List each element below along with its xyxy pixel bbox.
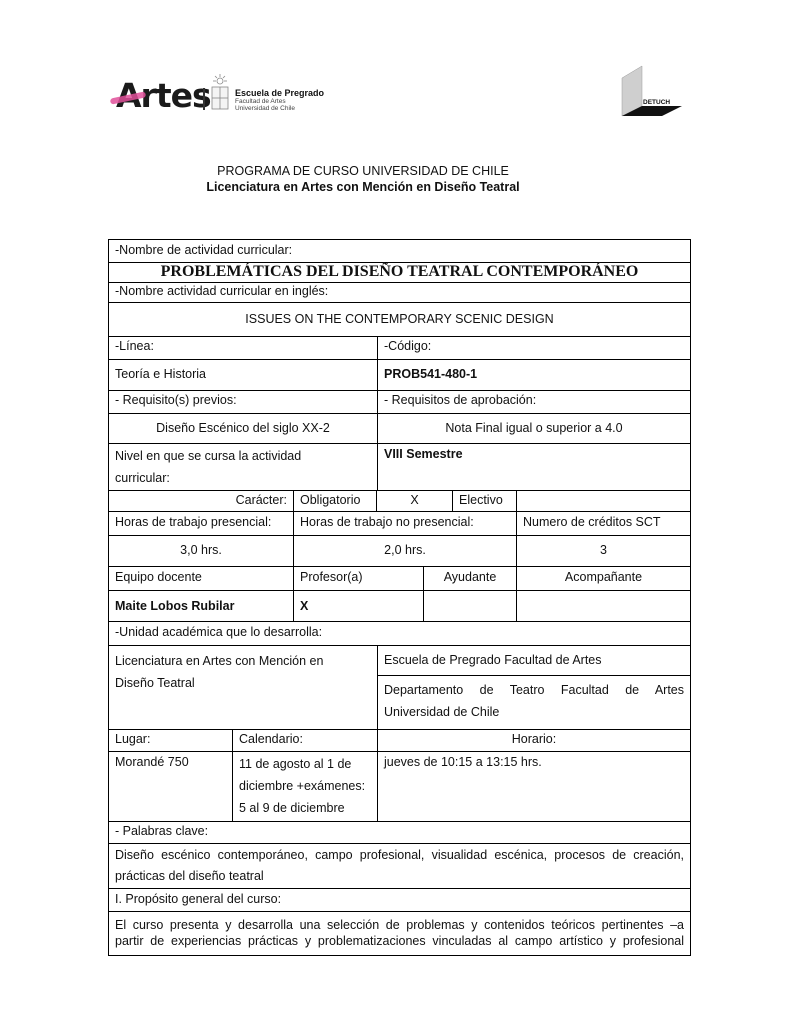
nivel-label-line2: curricular:: [115, 467, 371, 489]
equipo-label: Equipo docente: [109, 566, 293, 590]
row-name-en-label: -Nombre actividad curricular en inglés:: [109, 282, 690, 303]
program-title: Licenciatura en Artes con Mención en Dis…: [0, 180, 726, 194]
palabras-label: - Palabras clave:: [109, 821, 690, 843]
school-faculty: Facultad de Artes: [235, 98, 295, 105]
row-nivel: Nivel en que se cursa la actividad curri…: [109, 443, 690, 491]
calendario-line1: 11 de agosto al 1 de: [239, 753, 371, 775]
lugar-value: Morandé 750: [109, 751, 232, 821]
course-name-en: ISSUES ON THE CONTEMPORARY SCENIC DESIGN: [109, 302, 690, 336]
unidad-right-school: Escuela de Pregrado Facultad de Artes: [378, 645, 690, 676]
school-name: Escuela de Pregrado: [235, 88, 324, 98]
row-horas-values: 3,0 hrs. 2,0 hrs. 3: [109, 535, 690, 567]
proposito-value: El curso presenta y desarrolla una selec…: [109, 911, 690, 955]
horario-label: Horario:: [377, 729, 690, 751]
proposito-line2: partir de experiencias prácticas y probl…: [115, 933, 684, 949]
row-name-label: -Nombre de actividad curricular:: [109, 240, 690, 263]
calendario-line2: diciembre +exámenes:: [239, 775, 371, 797]
row-proposito-label: I. Propósito general del curso:: [109, 888, 690, 912]
unidad-left-line1: Licenciatura en Artes con Mención en: [115, 650, 371, 672]
row-caracter: Carácter: Obligatorio X Electivo: [109, 490, 690, 512]
palabras-value: Diseño escénico contemporáneo, campo pro…: [109, 843, 690, 888]
nivel-label: Nivel en que se cursa la actividad curri…: [109, 443, 377, 490]
acompanante-mark: [516, 590, 690, 621]
horas-nopres-label: Horas de trabajo no presencial:: [293, 511, 516, 535]
unidad-right-dept: Departamento de Teatro Facultad de Artes…: [378, 676, 690, 723]
req-apr-label: - Requisitos de aprobación:: [377, 390, 690, 413]
electivo-checkbox[interactable]: [516, 490, 690, 511]
logo-divider: [203, 88, 205, 110]
row-unidad-values: Licenciatura en Artes con Mención en Dis…: [109, 645, 690, 730]
name-en-label: -Nombre actividad curricular en inglés:: [109, 282, 690, 302]
university-shield-icon: [209, 74, 231, 114]
row-equipo-values: Maite Lobos Rubilar X: [109, 590, 690, 622]
profesor-label: Profesor(a): [293, 566, 423, 590]
horas-pres-label: Horas de trabajo presencial:: [109, 511, 293, 535]
row-lugar-values: Morandé 750 11 de agosto al 1 de diciemb…: [109, 751, 690, 822]
unidad-left: Licenciatura en Artes con Mención en Dis…: [109, 645, 377, 729]
acompanante-label: Acompañante: [516, 566, 690, 590]
row-palabras-value: Diseño escénico contemporáneo, campo pro…: [109, 843, 690, 889]
caracter-label: Carácter:: [109, 490, 293, 511]
unidad-label: -Unidad académica que lo desarrolla:: [109, 621, 690, 645]
req-apr-value: Nota Final igual o superior a 4.0: [377, 413, 690, 443]
creditos-value: 3: [516, 535, 690, 566]
row-unidad-label: -Unidad académica que lo desarrolla:: [109, 621, 690, 646]
course-name: PROBLEMÁTICAS DEL DISEÑO TEATRAL CONTEMP…: [109, 262, 690, 282]
row-name-value: PROBLEMÁTICAS DEL DISEÑO TEATRAL CONTEMP…: [109, 262, 690, 283]
ayudante-label: Ayudante: [423, 566, 516, 590]
detuch-logo-icon: DETUCH: [620, 64, 684, 120]
obligatorio-label: Obligatorio: [293, 490, 376, 511]
row-linea-codigo-values: Teoría e Historia PROB541-480-1: [109, 359, 690, 391]
row-linea-codigo-labels: -Línea: -Código:: [109, 336, 690, 360]
calendario-value: 11 de agosto al 1 de diciembre +exámenes…: [232, 751, 377, 821]
linea-label: -Línea:: [109, 336, 377, 359]
school-subtitle: Facultad de Artes Universidad de Chile: [235, 98, 295, 112]
calendario-line3: 5 al 9 de diciembre: [239, 797, 371, 819]
codigo-value: PROB541-480-1: [377, 359, 690, 390]
lugar-label: Lugar:: [109, 729, 232, 751]
obligatorio-checkbox[interactable]: X: [376, 490, 452, 511]
name-label: -Nombre de actividad curricular:: [109, 240, 690, 262]
row-requisitos-labels: - Requisito(s) previos: - Requisitos de …: [109, 390, 690, 414]
unidad-right: Escuela de Pregrado Facultad de Artes De…: [377, 645, 690, 729]
row-requisitos-values: Diseño Escénico del siglo XX-2 Nota Fina…: [109, 413, 690, 444]
req-prev-value: Diseño Escénico del siglo XX-2: [109, 413, 377, 443]
row-equipo-labels: Equipo docente Profesor(a) Ayudante Acom…: [109, 566, 690, 591]
creditos-label: Numero de créditos SCT: [516, 511, 690, 535]
proposito-label: I. Propósito general del curso:: [109, 888, 690, 911]
row-palabras-label: - Palabras clave:: [109, 821, 690, 844]
horas-pres-value: 3,0 hrs.: [109, 535, 293, 566]
proposito-line1: El curso presenta y desarrolla una selec…: [115, 917, 684, 933]
row-lugar-labels: Lugar: Calendario: Horario:: [109, 729, 690, 752]
linea-value: Teoría e Historia: [109, 359, 377, 390]
palabras-line1: Diseño escénico contemporáneo, campo pro…: [115, 845, 684, 866]
req-prev-label: - Requisito(s) previos:: [109, 390, 377, 413]
course-form-table: -Nombre de actividad curricular: PROBLEM…: [108, 239, 691, 956]
electivo-label: Electivo: [452, 490, 516, 511]
row-proposito-value: El curso presenta y desarrolla una selec…: [109, 911, 690, 955]
unidad-left-line2: Diseño Teatral: [115, 672, 371, 694]
palabras-line2: prácticas del diseño teatral: [115, 866, 684, 887]
artes-logo: Artes: [116, 76, 211, 115]
nivel-label-line1: Nivel en que se cursa la actividad: [115, 445, 371, 467]
docente-name: Maite Lobos Rubilar: [109, 590, 293, 621]
nivel-value: VIII Semestre: [377, 443, 690, 490]
horario-value: jueves de 10:15 a 13:15 hrs.: [377, 751, 690, 821]
svg-text:DETUCH: DETUCH: [643, 99, 670, 106]
codigo-label: -Código:: [377, 336, 690, 359]
horas-nopres-value: 2,0 hrs.: [293, 535, 516, 566]
unidad-right-dept-line2: Universidad de Chile: [384, 701, 684, 723]
document-title: PROGRAMA DE CURSO UNIVERSIDAD DE CHILE: [0, 164, 726, 178]
profesor-mark: X: [293, 590, 423, 621]
unidad-right-dept-line1: Departamento de Teatro Facultad de Artes: [384, 679, 684, 701]
school-university: Universidad de Chile: [235, 105, 295, 112]
calendario-label: Calendario:: [232, 729, 377, 751]
row-name-en-value: ISSUES ON THE CONTEMPORARY SCENIC DESIGN: [109, 302, 690, 337]
row-horas-labels: Horas de trabajo presencial: Horas de tr…: [109, 511, 690, 536]
ayudante-mark: [423, 590, 516, 621]
